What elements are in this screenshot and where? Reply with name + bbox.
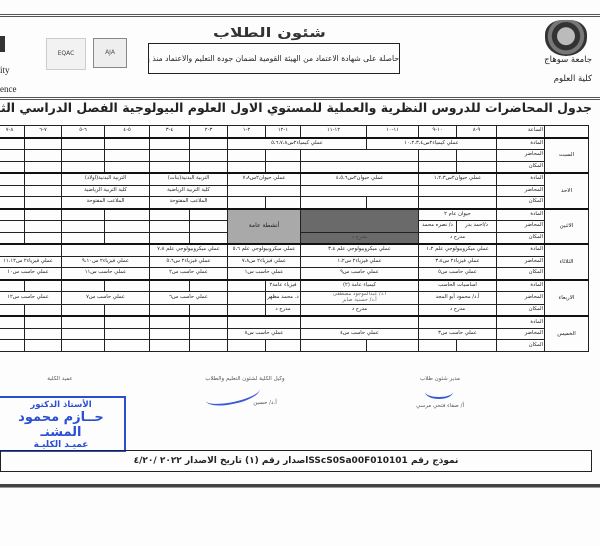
thursday-subject-row: الخميس المادة	[0, 316, 589, 328]
dean-title: عميد الكلية	[40, 376, 80, 382]
row-label: المكان	[497, 304, 545, 316]
sunday-sport-lecturer-a: كلية التربية الرياضية	[150, 185, 228, 197]
bottom-rule	[0, 484, 600, 488]
wednesday-subject-b: كيمياء عامة (٢)	[301, 280, 419, 292]
tuesday-computer-c: عملي حاسب س١	[228, 268, 301, 280]
tuesday-lab-b: عملي فيزياء٢ س١،٢	[301, 256, 419, 268]
wednesday-computer-a: عملي حاسب س٦	[150, 292, 228, 305]
sunday-sport-place-b: الملاعب المفتوحة	[62, 197, 150, 209]
hour-cell: ٣-٢	[190, 126, 228, 138]
sunday-subject-a: عملي حيوان٢س١،٢،٣	[419, 173, 497, 185]
wednesday-lecturer-c: د. محمد مظهر	[266, 292, 301, 305]
saturday-lecturer-row: المحاضر	[0, 150, 589, 162]
accreditation-box: حاصلة على شهادة الاعتماد من الهيئة القوم…	[148, 43, 400, 74]
thursday-computer-a: عملي حاسب س٣	[419, 328, 497, 340]
hour-cell: ٧-٦	[25, 126, 62, 138]
monday-dark-place: مدرج د	[301, 232, 419, 244]
tuesday-computer-f: عملي حاسب س١٠	[0, 268, 62, 280]
tuesday-place-row: المكان عملي حاسب س٥ عملي حاسب س٩ عملي حا…	[0, 268, 589, 280]
students-affairs-name: أ/ صفاء فتحي مرسي	[400, 403, 480, 409]
thursday-computer-b: عملي حاسب س٤	[301, 328, 419, 340]
saturday-subject-a: عملي كيمياء٢س١٠،٢،٣،٤	[367, 138, 497, 150]
sunday-sport-lecturer-b: كلية التربية الرياضية	[62, 185, 150, 197]
row-label: المحاضر	[497, 256, 545, 268]
eqac-logo: EQAC	[46, 38, 86, 70]
row-label: المكان	[497, 268, 545, 280]
row-label: المادة	[497, 173, 545, 185]
hour-cell: ٥-٤	[105, 126, 150, 138]
corner-cell	[545, 126, 589, 138]
monday-place: مدرج د	[419, 232, 497, 244]
sunday-subject-b: عملي حيوان٢س٤،٥،٦	[301, 173, 419, 185]
sunday-sport-girls: التربية البدنية(بنات)	[150, 173, 228, 185]
hour-cell: ٨-٧	[0, 126, 25, 138]
wednesday-computer-b: عملي حاسب س٧	[62, 292, 150, 305]
row-label: المادة	[497, 316, 545, 328]
monday-lecturer-a: د/احمد بدر	[457, 221, 497, 233]
day-monday: الاثنين	[545, 209, 589, 245]
row-label: المكان	[497, 161, 545, 173]
tuesday-subject-c: عملي ميكروبيولوجي علم ٥،٦	[228, 244, 301, 256]
hour-cell: ١٠-٩	[419, 126, 457, 138]
wednesday-subject-a: اساسيات الحاسب	[419, 280, 497, 292]
vice-dean-name: أ.د/ حسين	[235, 400, 295, 406]
hour-label: الساعة	[497, 126, 545, 138]
left-logo-fragment	[0, 36, 5, 52]
row-label: المحاضر	[497, 150, 545, 162]
monday-subject: حيوان عام ٢	[419, 209, 497, 221]
faculty-name-en: ence	[0, 84, 16, 94]
day-sunday: الاحد	[545, 173, 589, 209]
row-label: المحاضر	[497, 328, 545, 340]
tuesday-computer-b: عملي حاسب س٩	[301, 268, 419, 280]
tuesday-lab-e: عملي فيزياء٢ س٩،١٠	[62, 256, 150, 268]
row-label: المادة	[497, 209, 545, 221]
tuesday-lab-d: عملي فيزياء٢ س٥،٦	[150, 256, 228, 268]
wednesday-place-row: المكان مدرج د مدرج د مدرج د	[0, 304, 589, 316]
monday-subject-row: الاثنين المادة حيوان عام ٢ أنشطة عامة	[0, 209, 589, 221]
aja-logo: AJA	[93, 38, 127, 68]
university-name-ar: جامعة سوهاج	[544, 55, 592, 65]
students-affairs-title: مدير شئون طلاب	[400, 376, 480, 382]
thursday-computer-c: عملي حاسب س٨	[228, 328, 301, 340]
tuesday-computer-d: عملي حاسب س٢	[150, 268, 228, 280]
university-name-en: ity	[0, 65, 10, 75]
hour-cell: ١-١٢	[266, 126, 301, 138]
day-thursday: الخميس	[545, 316, 589, 351]
hour-cell: ٦-٥	[62, 126, 105, 138]
dean-stamp: الأستاذ الدكتور حــازم محمود المشنـ عميـ…	[0, 396, 126, 452]
sunday-subject-c: عملي حيوان٢س٧،٨	[228, 173, 301, 185]
students-affairs-signature	[425, 385, 453, 399]
form-number-footer: نموذج رقم SScS0Sa00F010101اصدار رقم (١) …	[0, 450, 592, 472]
row-label: المادة	[497, 280, 545, 292]
tuesday-subject-b: عملي ميكروبيولوجي علم ٣،٤	[301, 244, 419, 256]
tuesday-lab-f: عملي فيزياء٢ س١١،١٢	[0, 256, 62, 268]
tuesday-lab-a: عملي فيزياء٢ س٣،٤	[419, 256, 497, 268]
faculty-name-ar: كلية العلوم	[554, 74, 592, 84]
day-tuesday: الثلاثاء	[545, 244, 589, 280]
sunday-place-row: المكان الملاعب المفتوحة الملاعب المفتوحة	[0, 197, 589, 209]
row-label: المكان	[497, 340, 545, 352]
hour-cell: ٤-٣	[150, 126, 190, 138]
saturday-subject-b: عملي كيمياء٢س٥،٦،٧،٨	[228, 138, 367, 150]
wednesday-lecturer-a: أ.د/ محمود أبو المجد	[419, 292, 497, 305]
monday-lecturer-b: د/ نصره محمد	[419, 221, 457, 233]
sunday-subject-row: الاحد المادة عملي حيوان٢س١،٢،٣ عملي حيوا…	[0, 173, 589, 185]
hours-header-row: الساعة ٩-٨ ١٠-٩ ١١-١٠ ١٢-١١ ١-١٢ ٢-١ ٣-٢…	[0, 126, 589, 138]
wednesday-subject-c: فيزياء عامة٢	[266, 280, 301, 292]
tuesday-subject-row: الثلاثاء المادة عملي ميكروبيولوجي علم ١،…	[0, 244, 589, 256]
row-label: المحاضر	[497, 185, 545, 197]
tuesday-lecturer-row: المحاضر عملي فيزياء٢ س٣،٤ عملي فيزياء٢ س…	[0, 256, 589, 268]
wednesday-place-a: مدرج د	[419, 304, 497, 316]
schedule-table: الساعة ٩-٨ ١٠-٩ ١١-١٠ ١٢-١١ ١-١٢ ٢-١ ٣-٢…	[0, 125, 589, 352]
vice-dean-title: وكيل الكلية لشئون التعليم والطلاب	[195, 376, 295, 382]
sunday-lecturer-row: المحاضر كلية التربية الرياضية كلية الترب…	[0, 185, 589, 197]
thursday-lecturer-row: المحاضر عملي حاسب س٣ عملي حاسب س٤ عملي ح…	[0, 328, 589, 340]
students-affairs-title: شئون الطلاب	[213, 26, 326, 41]
hour-cell: ٢-١	[228, 126, 266, 138]
hour-cell: ١١-١٠	[367, 126, 419, 138]
wednesday-lecturer-row: المحاضر أ.د/ محمود أبو المجد أ.د/ عبدالم…	[0, 292, 589, 305]
hour-cell: ٩-٨	[457, 126, 497, 138]
row-label: المحاضر	[497, 292, 545, 305]
wednesday-computer-c: عملي حاسب س١٢	[0, 292, 62, 305]
wednesday-place-b: مدرج د	[301, 304, 419, 316]
thursday-place-row: المكان	[0, 340, 589, 352]
wednesday-subject-row: الاربعاء المادة اساسيات الحاسب كيمياء عا…	[0, 280, 589, 292]
university-seal-logo	[545, 20, 587, 56]
day-saturday: السبت	[545, 138, 589, 174]
monday-activities: أنشطة عامة	[228, 209, 301, 245]
row-label: المادة	[497, 244, 545, 256]
row-label: المكان	[497, 232, 545, 244]
monday-dark-block	[301, 209, 419, 233]
sunday-sport-boys: التربية البدنية(اولاد)	[62, 173, 150, 185]
saturday-subject-row: السبت المادة عملي كيمياء٢س١٠،٢،٣،٤ عملي …	[0, 138, 589, 150]
sunday-sport-place-a: الملاعب المفتوحة	[150, 197, 228, 209]
document-title: جدول المحاضرات للدروس النظرية والعملية ل…	[0, 100, 592, 115]
wednesday-lecturer-b: أ.د/ عبدالموجود مصطفىأ.د/ حسنية صابر	[301, 292, 419, 305]
row-label: المكان	[497, 197, 545, 209]
hour-cell: ١٢-١١	[301, 126, 367, 138]
tuesday-subject-a: عملي ميكروبيولوجي علم ١،٢	[419, 244, 497, 256]
wednesday-place-c: مدرج د	[266, 304, 301, 316]
row-label: المادة	[497, 138, 545, 150]
tuesday-computer-e: عملي حاسب س١١	[62, 268, 150, 280]
row-label: المحاضر	[497, 221, 545, 233]
tuesday-computer-a: عملي حاسب س٥	[419, 268, 497, 280]
day-wednesday: الاربعاء	[545, 280, 589, 317]
tuesday-lab-c: عملي فيزياء٢ س٧،٨	[228, 256, 301, 268]
tuesday-subject-d: عملي ميكروبيولوجي علم ٧،٨	[150, 244, 228, 256]
saturday-place-row: المكان	[0, 161, 589, 173]
